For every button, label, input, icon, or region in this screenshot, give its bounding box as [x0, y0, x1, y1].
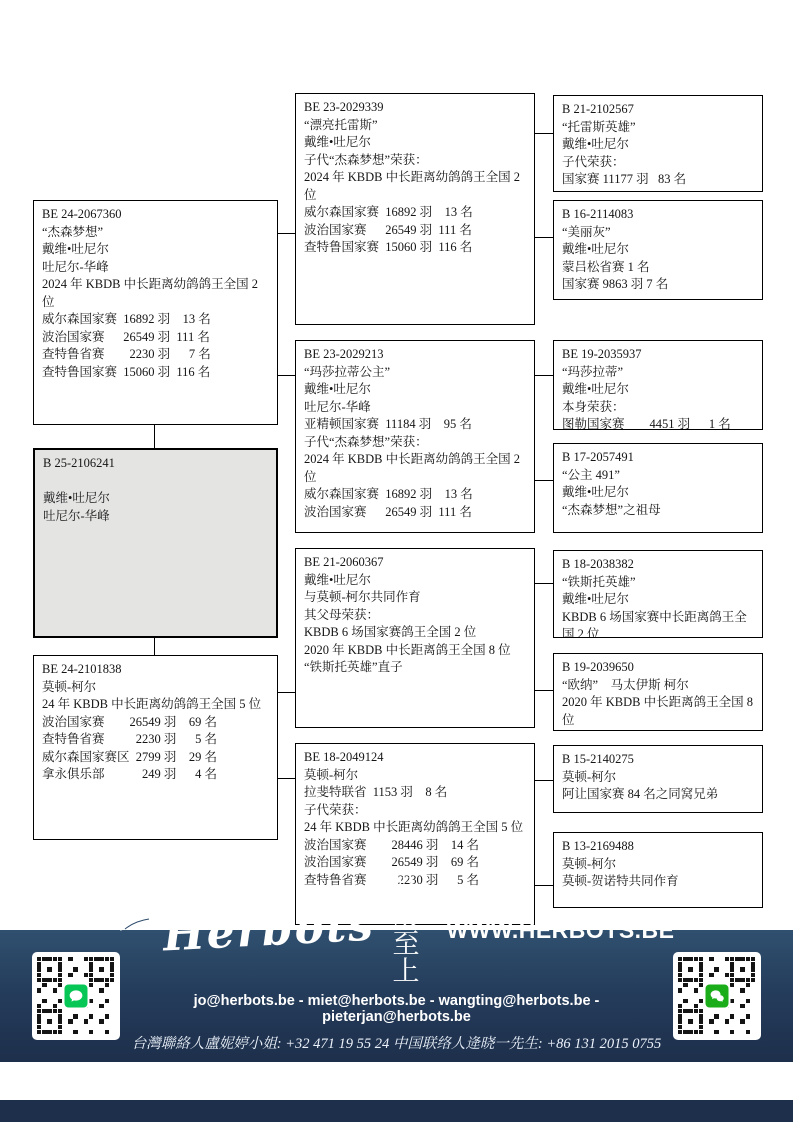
brand-logo: Herbots	[161, 903, 375, 958]
box-line: 2024 年 KBDB 中长距离幼鸽鸽王全国 2 位	[304, 451, 526, 486]
box-line: B 21-2102567	[562, 101, 754, 119]
box-line: 查特鲁国家赛 15060 羽 116 名	[304, 239, 526, 257]
box-line: “漂亮托雷斯”	[304, 117, 526, 135]
box-line: 戴维•吐尼尔	[43, 490, 268, 508]
pedigree-box-fm-mother: B 17-2057491“公主 491”戴维•吐尼尔“杰森梦想”之祖母	[553, 443, 763, 533]
box-line: 与莫顿-柯尔共同作育	[304, 589, 526, 607]
box-line: BE 18-2049124	[304, 749, 526, 767]
pedigree-box-fathers-father: BE 23-2029339“漂亮托雷斯”戴维•吐尼尔子代“杰森梦想”荣获：202…	[295, 93, 535, 325]
box-line: 2024 年 KBDB 中长距离幼鸽鸽王全国 2 位	[304, 169, 526, 204]
box-line: 子代“杰森梦想”荣获：	[304, 152, 526, 170]
connector-line	[535, 480, 553, 481]
box-line: 波治国家赛 28446 羽 14 名	[304, 837, 526, 855]
box-line: 拿永俱乐部 249 羽 4 名	[42, 766, 269, 784]
box-line: BE 19-2035937	[562, 346, 754, 364]
box-line: 国家赛 9863 羽 7 名	[562, 276, 754, 294]
box-line: 波治国家赛 26549 羽 111 名	[304, 222, 526, 240]
box-line: 莫顿-柯尔	[304, 767, 526, 785]
box-line: 图勒国家赛 4451 羽 1 名	[562, 416, 754, 430]
connector-line	[535, 780, 553, 781]
box-line: 吐尼尔-华峰	[304, 399, 526, 417]
pedigree-box-mm-father: B 15-2140275莫顿-柯尔阿让国家赛 84 名之同窝兄弟	[553, 745, 763, 813]
box-line: “托雷斯英雄”	[562, 119, 754, 137]
pedigree-box-mf-father: B 18-2038382“铁斯托英雄”戴维•吐尼尔KBDB 6 场国家赛中长距离…	[553, 550, 763, 638]
box-line: BE 24-2101838	[42, 661, 269, 679]
box-line: B 16-2114083	[562, 206, 754, 224]
box-line: 戴维•吐尼尔	[562, 136, 754, 154]
box-line: B 19-2039650	[562, 659, 754, 677]
box-line: 亚精顿国家赛 11184 羽 95 名	[304, 416, 526, 434]
box-line: 威尔森国家赛区 2799 羽 29 名	[42, 749, 269, 767]
connector-line	[154, 638, 155, 656]
connector-line	[278, 375, 295, 376]
box-line: KBDB 6 场国家赛中长距离鸽王全国 2 位	[562, 609, 754, 639]
box-line: 子代“杰森梦想”荣获：	[304, 434, 526, 452]
line-qr-code	[32, 952, 120, 1040]
connector-line	[535, 237, 553, 238]
connector-line	[154, 425, 155, 449]
box-line: 戴维•吐尼尔	[562, 591, 754, 609]
pedigree-box-mother: BE 24-2101838莫顿-柯尔24 年 KBDB 中长距离幼鸽鸽王全国 5…	[33, 655, 278, 840]
box-line: “玛莎拉蒂”	[562, 364, 754, 382]
box-line: BE 24-2067360	[42, 206, 269, 224]
box-line: 24 年 KBDB 中长距离幼鸽鸽王全国 5 位	[304, 819, 526, 837]
box-line: 戴维•吐尼尔	[562, 241, 754, 259]
box-line: 2020 年 KBDB 中长距离鸽王全国 8 位	[304, 642, 526, 660]
connector-line	[535, 375, 553, 376]
box-line: KBDB 6 场国家赛鸽王全国 2 位	[304, 624, 526, 642]
connector-line	[278, 778, 295, 779]
pedigree-box-fm-father: BE 19-2035937“玛莎拉蒂”戴维•吐尼尔本身荣获：图勒国家赛 4451…	[553, 340, 763, 430]
line-app-icon	[63, 983, 90, 1010]
connector-line	[535, 583, 553, 584]
box-line: 查特鲁省赛 2230 羽 7 名	[42, 346, 269, 364]
contact-phones: 台灣聯絡人盧妮婷小姐: +32 471 19 55 24 中国联络人逄晓一先生:…	[128, 1032, 665, 1053]
box-line: “公主 491”	[562, 467, 754, 485]
wechat-app-icon	[704, 983, 731, 1010]
bottom-bar	[0, 1100, 793, 1122]
box-line: B 18-2038382	[562, 556, 754, 574]
box-line: 2020 年 KBDB 中长距离鸽王全国 8 位	[562, 694, 754, 729]
box-line: “铁斯托英雄”	[562, 574, 754, 592]
box-line: 国家赛 11177 羽 83 名	[562, 171, 754, 189]
pedigree-page: BE 24-2067360“杰森梦想”戴维•吐尼尔吐尼尔-华峰2024 年 KB…	[0, 0, 793, 1122]
pedigree-box-subject: B 25-2106241 戴维•吐尼尔吐尼尔-华峰	[33, 448, 278, 638]
pedigree-box-father: BE 24-2067360“杰森梦想”戴维•吐尼尔吐尼尔-华峰2024 年 KB…	[33, 200, 278, 425]
box-line: 戴维•吐尼尔	[304, 572, 526, 590]
box-line: 波治国家赛 26549 羽 111 名	[42, 329, 269, 347]
box-line: B 13-2169488	[562, 838, 754, 856]
connector-line	[535, 133, 553, 134]
box-line: 威尔森国家赛 16892 羽 13 名	[304, 204, 526, 222]
box-line: B 17-2057491	[562, 449, 754, 467]
box-line: 吐尼尔-华峰	[42, 259, 269, 277]
connector-line	[535, 690, 553, 691]
box-line: “美丽灰”	[562, 224, 754, 242]
box-line: 威尔森国家赛 16892 羽 13 名	[42, 311, 269, 329]
box-line: “欧纳” 马太伊斯 柯尔	[562, 677, 754, 695]
box-line: 戴维•吐尼尔	[304, 381, 526, 399]
website-url: WWW.HERBOTS.BE	[446, 919, 674, 942]
pedigree-box-fathers-mother: BE 23-2029213“玛莎拉蒂公主”戴维•吐尼尔吐尼尔-华峰亚精顿国家赛 …	[295, 340, 535, 533]
connector-line	[278, 692, 295, 693]
box-line: 戴维•吐尼尔	[562, 484, 754, 502]
box-line: 波治国家赛 26549 羽 111 名	[304, 504, 526, 522]
box-line: B 25-2106241	[43, 455, 268, 473]
box-line: 戴维•吐尼尔	[42, 241, 269, 259]
box-line: 蒙吕松省赛 1 名	[562, 259, 754, 277]
box-line: BE 23-2029339	[304, 99, 526, 117]
box-line: 拉斐特联省 1153 羽 8 名	[304, 784, 526, 802]
box-line: 查特鲁省赛 2230 羽 5 名	[42, 731, 269, 749]
feather-icon	[119, 912, 157, 939]
wechat-qr-code	[673, 952, 761, 1040]
connector-line	[278, 233, 295, 234]
brand-row: Herbots 品质至上 WWW.HERBOTS.BE	[128, 877, 665, 985]
box-line: BE 21-2060367	[304, 554, 526, 572]
pedigree-box-ff-father: B 21-2102567“托雷斯英雄”戴维•吐尼尔子代荣获：国家赛 11177 …	[553, 95, 763, 192]
box-line: 莫顿-柯尔	[42, 679, 269, 697]
box-line: 子代荣获：	[304, 802, 526, 820]
footer-band: Herbots 品质至上 WWW.HERBOTS.BE jo@herbots.b…	[0, 930, 793, 1062]
box-line: 阿让国家赛 84 名之同窝兄弟	[562, 786, 754, 804]
box-line: BE 23-2029213	[304, 346, 526, 364]
brand-tagline: 品质至上	[392, 877, 432, 985]
box-line: “杰森梦想”之祖母	[562, 502, 754, 520]
box-line: 波治国家赛 26549 羽 69 名	[304, 854, 526, 872]
box-line: 莫顿-柯尔	[562, 769, 754, 787]
pedigree-box-mf-mother: B 19-2039650“欧纳” 马太伊斯 柯尔2020 年 KBDB 中长距离…	[553, 653, 763, 731]
box-line: 波治国家赛 26549 羽 69 名	[42, 714, 269, 732]
box-line: B 15-2140275	[562, 751, 754, 769]
box-line: 戴维•吐尼尔	[562, 381, 754, 399]
pedigree-box-ff-mother: B 16-2114083“美丽灰”戴维•吐尼尔蒙吕松省赛 1 名国家赛 9863…	[553, 200, 763, 300]
box-line: 吐尼尔-华峰	[43, 508, 268, 526]
box-line: 其父母荣获：	[304, 607, 526, 625]
box-line: “玛莎拉蒂公主”	[304, 364, 526, 382]
box-line: 子代荣获：	[562, 154, 754, 172]
box-line	[43, 473, 268, 491]
box-line: 本身荣获：	[562, 399, 754, 417]
box-line: “杰森梦想”	[42, 224, 269, 242]
box-line: 查特鲁国家赛 15060 羽 116 名	[42, 364, 269, 382]
box-line: 24 年 KBDB 中长距离幼鸽鸽王全国 5 位	[42, 696, 269, 714]
box-line: 2024 年 KBDB 中长距离幼鸽鸽王全国 2 位	[42, 276, 269, 311]
box-line: 莫顿-柯尔	[562, 856, 754, 874]
contact-emails: jo@herbots.be - miet@herbots.be - wangti…	[128, 993, 665, 1025]
box-line: 戴维•吐尼尔	[304, 134, 526, 152]
pedigree-box-mothers-father: BE 21-2060367戴维•吐尼尔与莫顿-柯尔共同作育其父母荣获：KBDB …	[295, 548, 535, 728]
footer-content: Herbots 品质至上 WWW.HERBOTS.BE jo@herbots.b…	[120, 875, 673, 1118]
box-line: 威尔森国家赛 16892 羽 13 名	[304, 486, 526, 504]
box-line: “铁斯托英雄”直子	[304, 659, 526, 677]
